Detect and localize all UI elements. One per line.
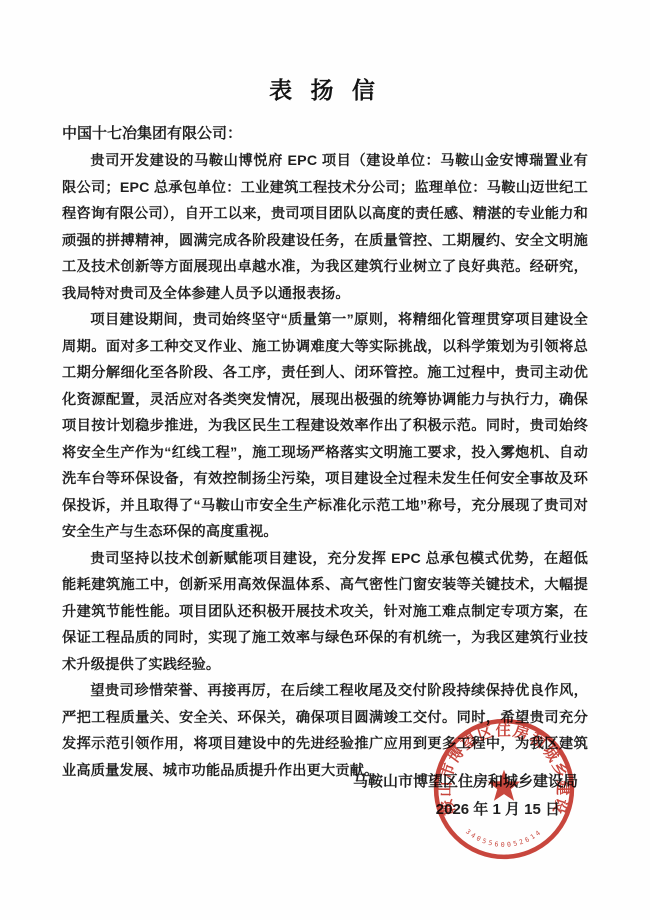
seal-code-text-container: 3405560052614 [464, 827, 544, 848]
seal-code: 3405560052614 [464, 827, 544, 848]
signature-date: 2026 年 1 月 15 日 [62, 796, 588, 824]
letter-paragraph-3: 贵司坚持以技术创新赋能项目建设，充分发挥 EPC 总承包模式优势，在超低能耗建筑… [62, 546, 588, 679]
salutation-line: 中国十七冶集团有限公司： [62, 120, 588, 148]
letter-paragraph-1: 贵司开发建设的马鞍山博悦府 EPC 项目（建设单位：马鞍山金安博瑞置业有限公司；… [62, 148, 588, 307]
signature-block: 马鞍山市博望区住房和城乡建设局 2026 年 1 月 15 日 [62, 768, 588, 824]
signature-organization: 马鞍山市博望区住房和城乡建设局 [62, 768, 588, 796]
commendation-letter-page: 表 扬 信 中国十七冶集团有限公司： 贵司开发建设的马鞍山博悦府 EPC 项目（… [0, 0, 650, 920]
letter-paragraph-2: 项目建设期间，贵司始终坚守“质量第一”原则，将精细化管理贯穿项目建设全周期。面对… [62, 307, 588, 546]
page-title: 表 扬 信 [62, 74, 588, 106]
